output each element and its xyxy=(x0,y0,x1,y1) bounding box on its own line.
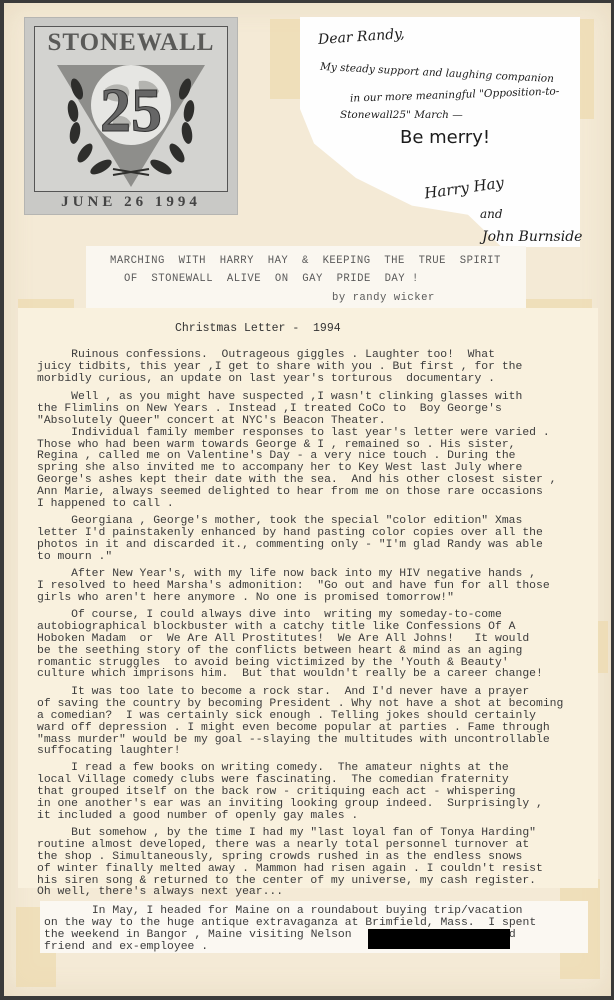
logo-date: JUNE 26 1994 xyxy=(25,194,237,211)
paragraph: Ruinous confessions. Outrageous giggles … xyxy=(37,350,607,386)
signature-john-burnside: John Burnside xyxy=(482,229,582,245)
note-closing: Be merry! xyxy=(400,127,490,148)
stonewall-25-logo: STONEWALL 25 xyxy=(24,17,238,215)
logo-frame: STONEWALL 25 xyxy=(34,26,228,192)
scrapbook-page: STONEWALL 25 xyxy=(4,3,611,996)
letter-title: Christmas Letter - 1994 xyxy=(175,322,341,335)
paragraph: Of course, I could always dive into writ… xyxy=(37,610,607,681)
redaction-bar xyxy=(368,929,510,949)
svg-text:25: 25 xyxy=(100,77,162,145)
note-and: and xyxy=(480,207,503,221)
paragraph: Georgiana , George's mother, took the sp… xyxy=(37,516,607,564)
note-line: Stonewall25" March — xyxy=(340,109,463,121)
laurel-globe-emblem-icon: 25 xyxy=(43,59,219,189)
headline-line-1: MARCHING WITH HARRY HAY & KEEPING THE TR… xyxy=(110,255,501,267)
paragraph: I read a few books on writing comedy. Th… xyxy=(37,763,607,822)
logo-title: STONEWALL xyxy=(35,29,227,57)
paragraph: After New Year's, with my life now back … xyxy=(37,569,607,605)
paragraph: But somehow , by the time I had my "last… xyxy=(37,828,607,899)
headline-line-2: OF STONEWALL ALIVE ON GAY PRIDE DAY ! xyxy=(124,273,419,285)
paragraph: Well , as you might have suspected ,I wa… xyxy=(37,392,607,511)
paragraph: It was too late to become a rock star. A… xyxy=(37,687,607,758)
paragraph: In May, I headed for Maine on a roundabo… xyxy=(44,906,614,954)
byline: by randy wicker xyxy=(332,292,435,304)
